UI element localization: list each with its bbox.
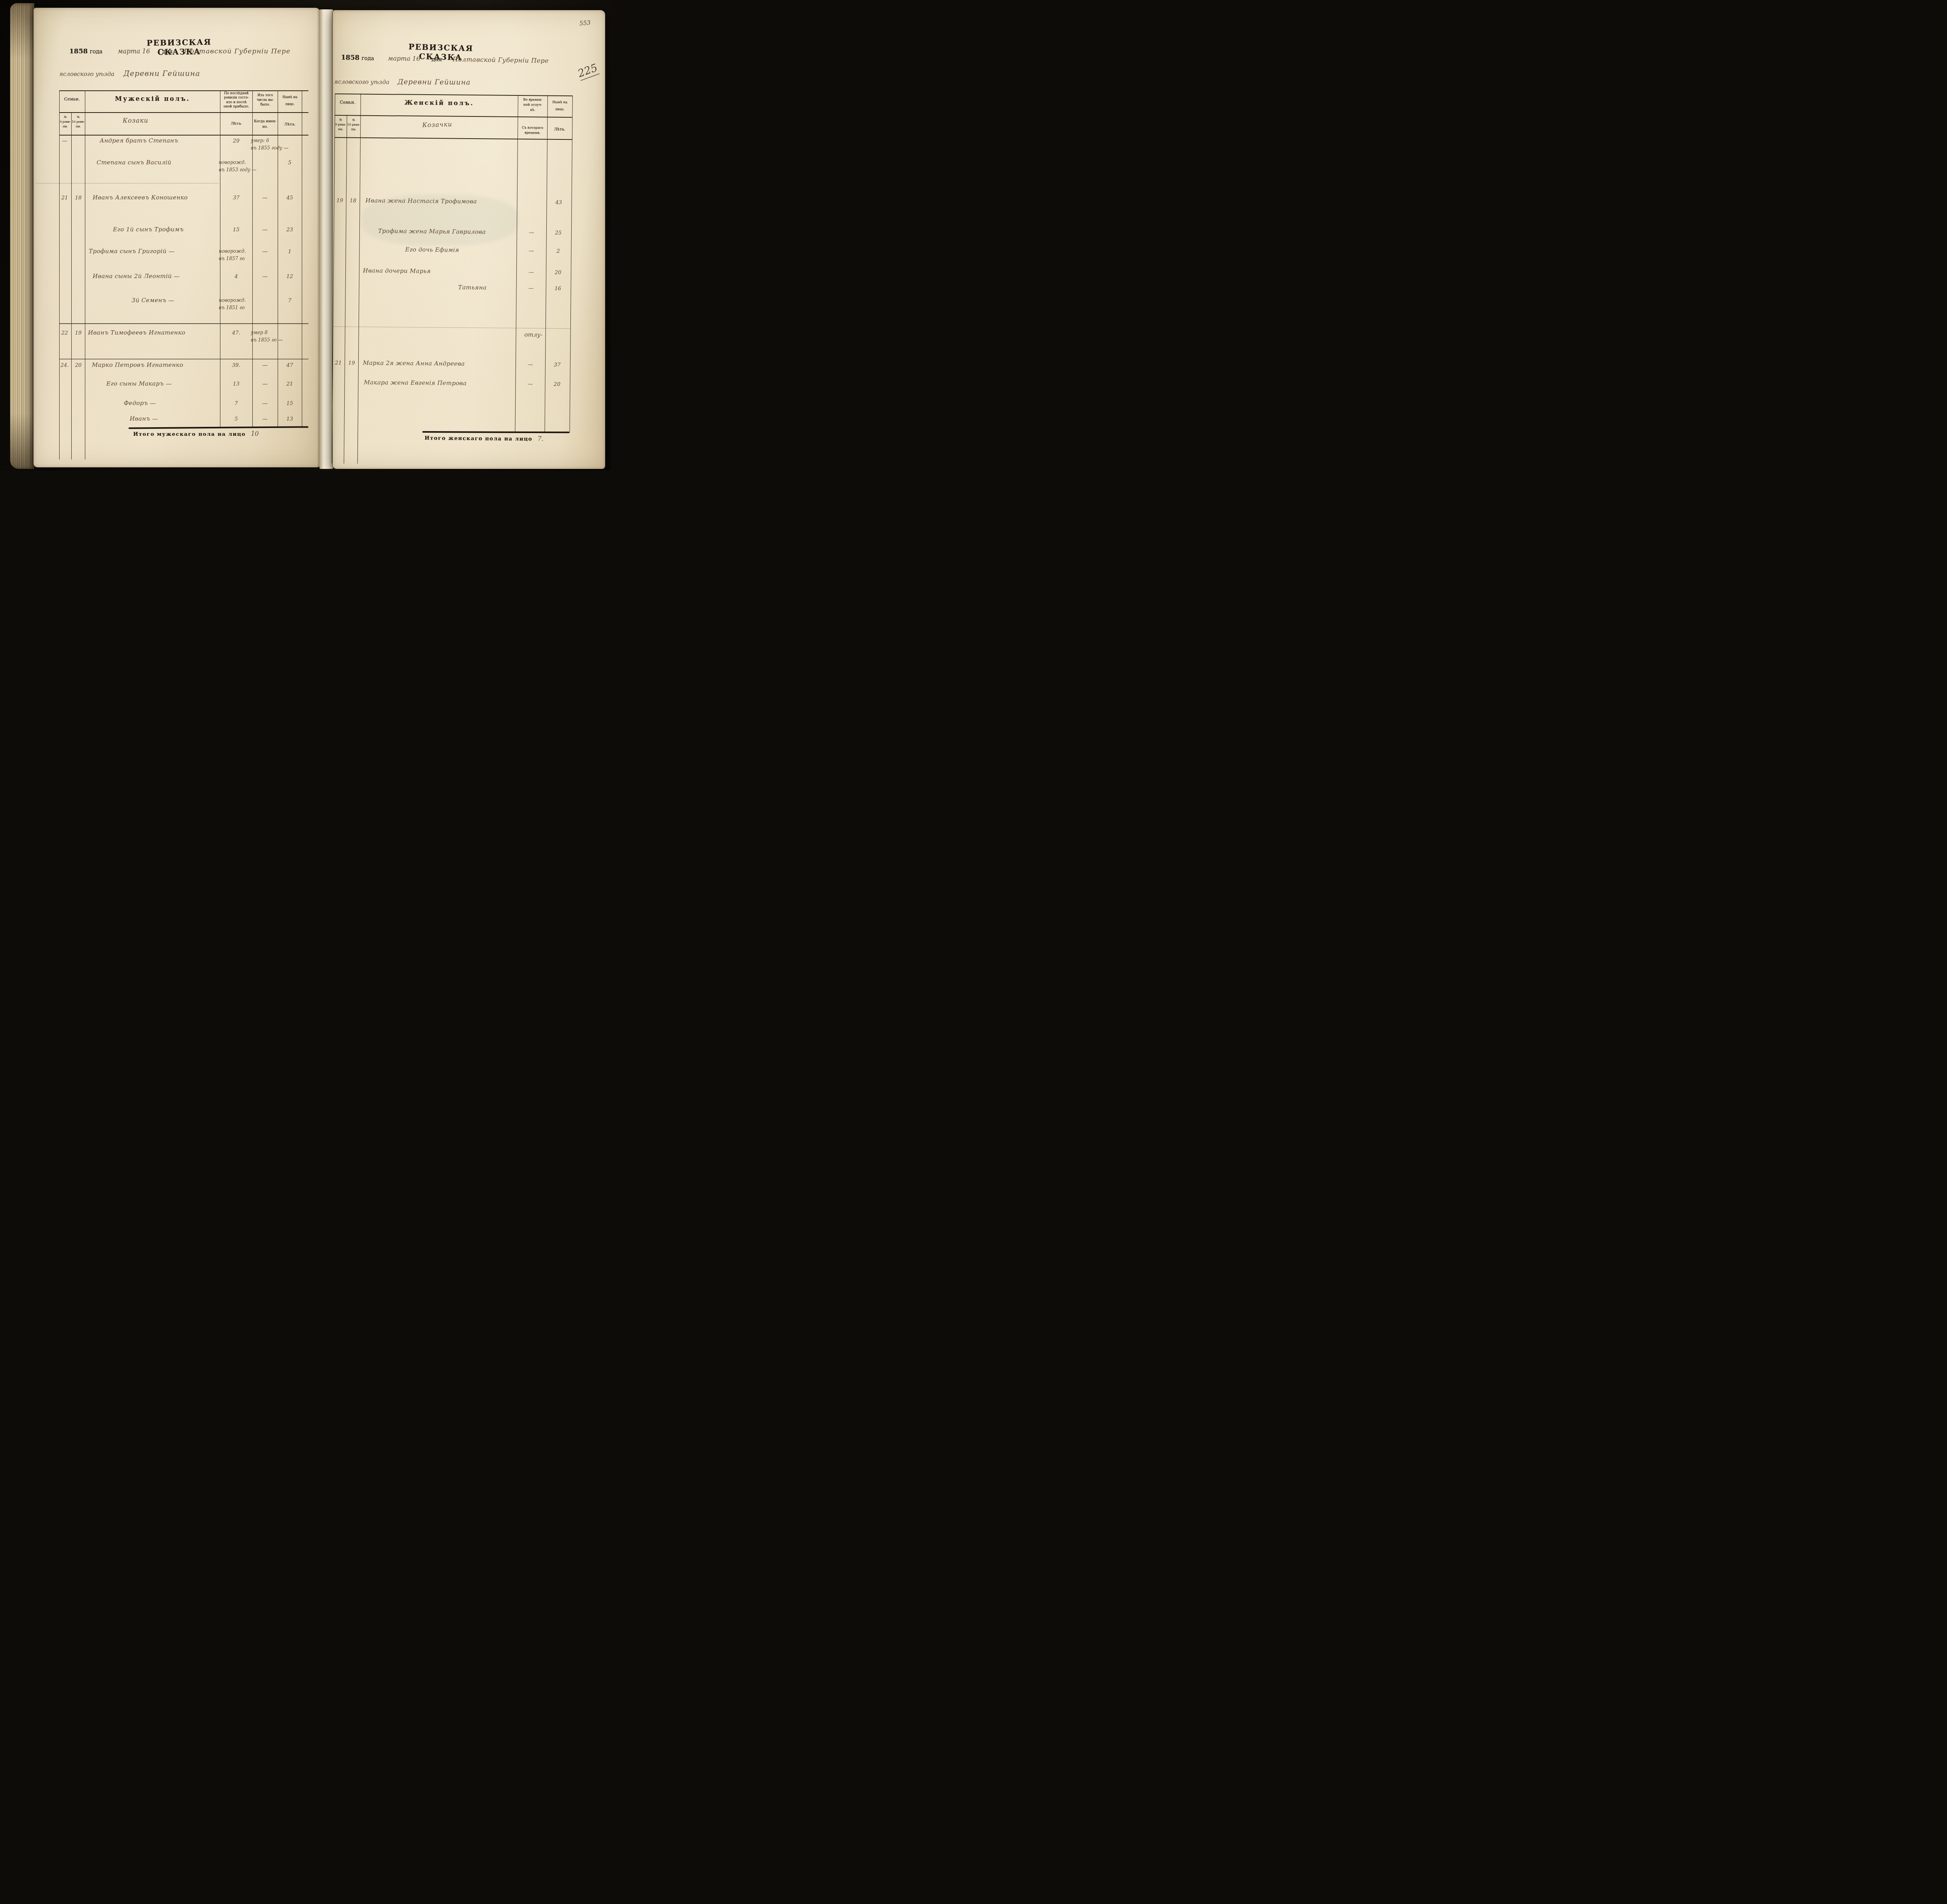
person-name: Трофима жена Марья Гаврилова — [378, 227, 486, 235]
age-current: 43 — [546, 199, 570, 207]
table-row: 2119Марка 2я жена Анна Андреева—37 — [333, 359, 571, 361]
rule — [357, 94, 361, 464]
rev9-number: 21 — [332, 359, 345, 367]
estate-note-female: Козачки — [422, 120, 452, 129]
col-rev9: № 9 реви- зіи. — [334, 118, 347, 132]
rule — [344, 115, 347, 463]
rev9-number: 19 — [333, 197, 347, 205]
since-when-note: — — [517, 229, 546, 237]
pencil-rule — [333, 326, 570, 329]
since-when-note — [517, 198, 547, 199]
person-name: Марка 2я жена Анна Андреева — [363, 359, 465, 367]
table-row: Трофима жена Марья Гаврилова—25 — [334, 227, 572, 229]
rule — [335, 93, 572, 96]
col-absence: Во времен- ной отлуч- кѣ. — [518, 97, 547, 113]
age-current: 20 — [546, 269, 570, 277]
person-name: Макара жена Евгенія Петрова — [364, 379, 467, 387]
rule — [332, 93, 336, 463]
person-name: Татьяна — [458, 284, 487, 291]
col-rev10: № 10 реви- зіи. — [347, 118, 361, 132]
since-when-note: — — [515, 380, 545, 389]
col-gender-female: Женскій полъ. — [361, 99, 518, 107]
right-total-label: Итого женскаго пола на лицо — [424, 435, 532, 442]
right-total: Итого женскаго пола на лицо 7. — [424, 434, 544, 442]
table-row: Макара жена Евгенія Петрова—20 — [333, 379, 571, 380]
table-row: Ивана дочери Марья—20 — [333, 267, 572, 269]
person-name: Ивана жена Настасія Трофимова — [366, 197, 477, 205]
rule-heavy — [422, 431, 569, 433]
table-row: Татьяна—16 — [333, 283, 572, 285]
age-current: 20 — [545, 380, 569, 389]
rule — [569, 95, 573, 433]
rev10-number: 19 — [344, 359, 359, 367]
right-total-value: 7. — [537, 435, 543, 442]
rule — [334, 137, 572, 140]
col-years: Лѣта. — [547, 127, 572, 132]
age-current: 16 — [546, 285, 570, 293]
age-current: 2 — [546, 247, 570, 255]
document-scan: 553 225 РЕВИЗСКАЯ СКАЗКА 1858 года марта… — [0, 0, 611, 470]
since-when-note: — — [516, 268, 546, 277]
rule — [335, 115, 572, 118]
since-when-note: — — [516, 361, 545, 369]
col-since: Съ котораго времени. — [518, 125, 547, 136]
table-row: 1918Ивана жена Настасія Трофимова43 — [334, 197, 572, 199]
since-when-note: — — [516, 284, 546, 293]
since-when-note: — — [516, 247, 546, 255]
absence-annotation: отлу- — [525, 331, 543, 338]
age-current: 37 — [545, 361, 569, 369]
person-name: Его дочь Ефимія — [405, 246, 459, 254]
age-current: 25 — [546, 229, 570, 237]
rev10-number: 18 — [346, 197, 361, 205]
person-name: Ивана дочери Марья — [363, 267, 431, 275]
col-family: Семьи. — [335, 100, 361, 105]
col-present: Нынѣ на лицо. — [548, 99, 572, 113]
table-row: Его дочь Ефимія—2 — [334, 245, 572, 247]
